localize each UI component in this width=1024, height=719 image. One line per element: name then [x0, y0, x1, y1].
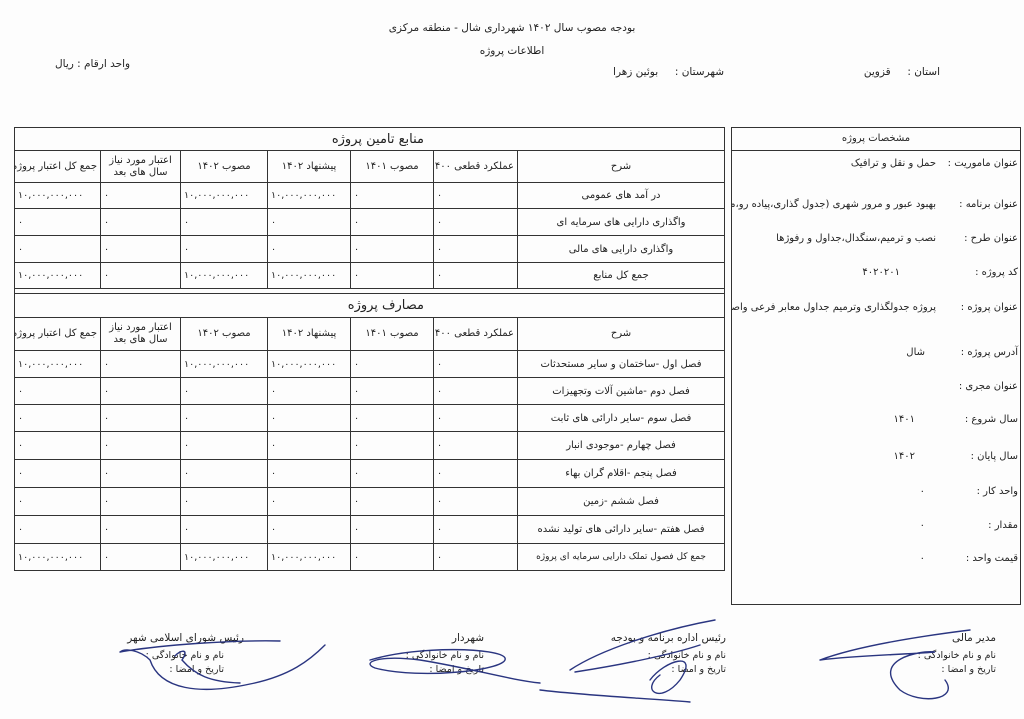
col-mosavab-1402: مصوب ۱۴۰۲: [181, 318, 268, 351]
spec-label: مقدار :: [988, 520, 1018, 531]
row-sharh: فصل دوم -ماشین آلات وتجهیزات: [518, 378, 725, 405]
province-field: استان : قزوین: [864, 66, 940, 78]
row-etebar-baad: ۰: [101, 432, 181, 460]
col-mosavab-1401: مصوب ۱۴۰۱: [351, 318, 434, 351]
row-amalkard: ۰: [434, 544, 518, 571]
row-pishnahad1402: ۰: [268, 516, 351, 544]
row-sharh: جمع کل فصول تملک دارایی سرمایه ای پروژه: [518, 544, 725, 571]
row-amalkard: ۰: [434, 460, 518, 488]
signature-name-label: نام و نام خانوادگی :: [127, 650, 244, 661]
signature-block-mayor: شهردار نام و نام خانوادگی : تاریخ و امضا…: [406, 632, 484, 675]
spec-value: ۰: [920, 553, 925, 564]
signature-date-label: تاریخ و امضا :: [611, 664, 726, 675]
row-sharh: فصل پنجم -اقلام گران بهاء: [518, 460, 725, 488]
sources-header-row: شرح عملکرد قطعی ۱۴۰۰ مصوب ۱۴۰۱ پیشنهاد ۱…: [15, 151, 725, 183]
spec-label: عنوان ماموریت :: [948, 158, 1018, 169]
expenses-row: فصل سوم -سایر دارائی های ثابت ۰ ۰ ۰ ۰ ۰ …: [15, 405, 725, 432]
row-sharh: فصل اول -ساختمان و سایر مستحدثات: [518, 351, 725, 378]
expenses-row: فصل پنجم -اقلام گران بهاء ۰ ۰ ۰ ۰ ۰ ۰: [15, 460, 725, 488]
row-jam-kol: ۰: [15, 405, 101, 432]
spec-label: واحد کار :: [977, 486, 1018, 497]
province-value: قزوین: [864, 66, 891, 78]
spec-value: شال: [906, 347, 925, 358]
col-pishnahad-1402: پیشنهاد ۱۴۰۲: [268, 318, 351, 351]
sources-title: منابع تامین پروژه: [15, 128, 725, 151]
spec-value: بهبود عبور و مرور شهری (جدول گذاری،پیاده…: [731, 199, 936, 210]
sources-row: واگذاری دارایی های مالی ۰ ۰ ۰ ۰ ۰ ۰: [15, 236, 725, 263]
col-etebar-baad: اعتبار مورد نیاز سال های بعد: [101, 151, 181, 183]
signature-role: مدیر مالی: [918, 632, 996, 644]
signature-name-label: نام و نام خانوادگی :: [611, 650, 726, 661]
col-sharh: شرح: [518, 318, 725, 351]
sources-row: در آمد های عمومی ۰ ۰ ۱۰,۰۰۰,۰۰۰,۰۰۰ ۱۰,۰…: [15, 183, 725, 209]
expenses-row: فصل چهارم -موجودی انبار ۰ ۰ ۰ ۰ ۰ ۰: [15, 432, 725, 460]
row-pishnahad1402: ۰: [268, 432, 351, 460]
row-pishnahad1402: ۱۰,۰۰۰,۰۰۰,۰۰۰: [268, 263, 351, 289]
row-mosavab1401: ۰: [351, 209, 434, 236]
signature-block-budget-head: رئیس اداره برنامه و بودجه نام و نام خانو…: [611, 632, 726, 675]
document-subtitle: اطلاعات پروژه: [0, 45, 1024, 57]
row-mosavab1402: ۰: [181, 405, 268, 432]
row-sharh: فصل سوم -سایر دارائی های ثابت: [518, 405, 725, 432]
expenses-row: فصل ششم -زمین ۰ ۰ ۰ ۰ ۰ ۰: [15, 488, 725, 516]
row-sharh: فصل چهارم -موجودی انبار: [518, 432, 725, 460]
signature-role: رئیس اداره برنامه و بودجه: [611, 632, 726, 644]
spec-label: سال پایان :: [971, 451, 1018, 462]
col-sharh: شرح: [518, 151, 725, 183]
row-mosavab1402: ۰: [181, 488, 268, 516]
row-mosavab1402: ۰: [181, 516, 268, 544]
row-etebar-baad: ۰: [101, 263, 181, 289]
signature-name-label: نام و نام خانوادگی :: [406, 650, 484, 661]
row-mosavab1402: ۱۰,۰۰۰,۰۰۰,۰۰۰: [181, 183, 268, 209]
row-etebar-baad: ۰: [101, 183, 181, 209]
expenses-title-row: مصارف پروژه: [15, 294, 725, 318]
county-label: شهرستان :: [675, 66, 724, 78]
row-mosavab1401: ۰: [351, 488, 434, 516]
spec-label: عنوان پروژه :: [961, 302, 1018, 313]
row-etebar-baad: ۰: [101, 209, 181, 236]
signature-date-label: تاریخ و امضا :: [406, 664, 484, 675]
row-pishnahad1402: ۱۰,۰۰۰,۰۰۰,۰۰۰: [268, 544, 351, 571]
row-jam-kol: ۰: [15, 460, 101, 488]
sources-title-row: منابع تامین پروژه: [15, 128, 725, 151]
row-mosavab1401: ۰: [351, 378, 434, 405]
col-mosavab-1402: مصوب ۱۴۰۲: [181, 151, 268, 183]
spec-value: ۰: [920, 486, 925, 497]
row-pishnahad1402: ۱۰,۰۰۰,۰۰۰,۰۰۰: [268, 351, 351, 378]
row-mosavab1402: ۰: [181, 460, 268, 488]
row-pishnahad1402: ۱۰,۰۰۰,۰۰۰,۰۰۰: [268, 183, 351, 209]
row-etebar-baad: ۰: [101, 516, 181, 544]
spec-label: عنوان طرح :: [964, 233, 1018, 244]
row-amalkard: ۰: [434, 432, 518, 460]
row-jam-kol: ۰: [15, 209, 101, 236]
row-sharh: جمع کل منابع: [518, 263, 725, 289]
province-label: استان :: [907, 66, 940, 78]
row-mosavab1401: ۰: [351, 263, 434, 289]
row-amalkard: ۰: [434, 236, 518, 263]
col-amalkard-1400: عملکرد قطعی ۱۴۰۰: [434, 318, 518, 351]
row-etebar-baad: ۰: [101, 378, 181, 405]
spec-value: پروژه جدولگذاری وترمیم جداول معابر فرعی …: [731, 302, 936, 313]
row-amalkard: ۰: [434, 488, 518, 516]
row-amalkard: ۰: [434, 405, 518, 432]
spec-value: ۱۴۰۲: [894, 451, 915, 462]
row-etebar-baad: ۰: [101, 460, 181, 488]
signature-date-label: تاریخ و امضا :: [127, 664, 244, 675]
row-jam-kol: ۰: [15, 488, 101, 516]
row-mosavab1401: ۰: [351, 351, 434, 378]
spec-label: آدرس پروژه :: [961, 347, 1018, 358]
row-mosavab1401: ۰: [351, 460, 434, 488]
row-jam-kol: ۱۰,۰۰۰,۰۰۰,۰۰۰: [15, 183, 101, 209]
row-etebar-baad: ۰: [101, 236, 181, 263]
signature-date-label: تاریخ و امضا :: [918, 664, 996, 675]
row-etebar-baad: ۰: [101, 488, 181, 516]
row-amalkard: ۰: [434, 516, 518, 544]
row-mosavab1401: ۰: [351, 236, 434, 263]
row-mosavab1401: ۰: [351, 544, 434, 571]
spec-value: حمل و نقل و ترافیک: [851, 158, 936, 169]
spec-value: ۴۰۲۰۲۰۱: [862, 267, 900, 278]
row-jam-kol: ۰: [15, 432, 101, 460]
row-mosavab1402: ۱۰,۰۰۰,۰۰۰,۰۰۰: [181, 544, 268, 571]
row-mosavab1401: ۰: [351, 183, 434, 209]
row-jam-kol: ۱۰,۰۰۰,۰۰۰,۰۰۰: [15, 351, 101, 378]
spec-value: ۱۴۰۱: [894, 414, 915, 425]
sources-total-row: جمع کل منابع ۰ ۰ ۱۰,۰۰۰,۰۰۰,۰۰۰ ۱۰,۰۰۰,۰…: [15, 263, 725, 289]
row-pishnahad1402: ۰: [268, 236, 351, 263]
row-jam-kol: ۰: [15, 236, 101, 263]
spec-label: سال شروع :: [965, 414, 1018, 425]
col-amalkard-1400: عملکرد قطعی ۱۴۰۰: [434, 151, 518, 183]
expenses-row: فصل هفتم -سایر دارائی های تولید نشده ۰ ۰…: [15, 516, 725, 544]
signature-name-label: نام و نام خانوادگی :: [918, 650, 996, 661]
sources-row: واگذاری دارایی های سرمایه ای ۰ ۰ ۰ ۰ ۰ ۰: [15, 209, 725, 236]
row-etebar-baad: ۰: [101, 405, 181, 432]
expenses-header-row: شرح عملکرد قطعی ۱۴۰۰ مصوب ۱۴۰۱ پیشنهاد ۱…: [15, 318, 725, 351]
col-mosavab-1401: مصوب ۱۴۰۱: [351, 151, 434, 183]
signature-block-council-head: رئیس شورای اسلامی شهر نام و نام خانوادگی…: [127, 632, 244, 675]
unit-label: واحد ارقام :: [77, 58, 130, 70]
row-jam-kol: ۱۰,۰۰۰,۰۰۰,۰۰۰: [15, 544, 101, 571]
spec-value: نصب و ترمیم،سنگدال،جداول و رفوژها: [776, 233, 936, 244]
county-field: شهرستان : بوئین زهرا: [613, 66, 724, 78]
row-pishnahad1402: ۰: [268, 405, 351, 432]
row-mosavab1401: ۰: [351, 405, 434, 432]
col-jam-kol: جمع کل اعتبار پروژه: [15, 151, 101, 183]
expenses-row: فصل اول -ساختمان و سایر مستحدثات ۰ ۰ ۱۰,…: [15, 351, 725, 378]
row-amalkard: ۰: [434, 209, 518, 236]
row-amalkard: ۰: [434, 378, 518, 405]
signature-role: شهردار: [406, 632, 484, 644]
row-mosavab1402: ۱۰,۰۰۰,۰۰۰,۰۰۰: [181, 263, 268, 289]
unit-value: ریال: [55, 58, 74, 70]
row-pishnahad1402: ۰: [268, 460, 351, 488]
row-mosavab1402: ۰: [181, 432, 268, 460]
col-jam-kol: جمع کل اعتبار پروژه: [15, 318, 101, 351]
spec-label: عنوان برنامه :: [959, 199, 1018, 210]
row-mosavab1402: ۰: [181, 209, 268, 236]
row-amalkard: ۰: [434, 351, 518, 378]
row-sharh: واگذاری دارایی های سرمایه ای: [518, 209, 725, 236]
row-sharh: در آمد های عمومی: [518, 183, 725, 209]
row-sharh: واگذاری دارایی های مالی: [518, 236, 725, 263]
row-pishnahad1402: ۰: [268, 488, 351, 516]
row-jam-kol: ۰: [15, 516, 101, 544]
row-amalkard: ۰: [434, 183, 518, 209]
row-sharh: فصل ششم -زمین: [518, 488, 725, 516]
row-mosavab1402: ۱۰,۰۰۰,۰۰۰,۰۰۰: [181, 351, 268, 378]
expenses-row: فصل دوم -ماشین آلات وتجهیزات ۰ ۰ ۰ ۰ ۰ ۰: [15, 378, 725, 405]
row-sharh: فصل هفتم -سایر دارائی های تولید نشده: [518, 516, 725, 544]
expenses-title: مصارف پروژه: [15, 294, 725, 318]
col-etebar-baad: اعتبار مورد نیاز سال های بعد: [101, 318, 181, 351]
spec-label: قیمت واحد :: [966, 553, 1018, 564]
spec-label: عنوان مجری :: [959, 381, 1018, 392]
signature-block-finance-manager: مدیر مالی نام و نام خانوادگی : تاریخ و ا…: [918, 632, 996, 675]
row-pishnahad1402: ۰: [268, 378, 351, 405]
budget-table: منابع تامین پروژه شرح عملکرد قطعی ۱۴۰۰ م…: [14, 127, 725, 571]
row-mosavab1401: ۰: [351, 432, 434, 460]
col-pishnahad-1402: پیشنهاد ۱۴۰۲: [268, 151, 351, 183]
row-mosavab1402: ۰: [181, 378, 268, 405]
unit-field: واحد ارقام : ریال: [55, 58, 130, 70]
project-specs-panel: مشخصات پروژه عنوان ماموریت : حمل و نقل و…: [731, 127, 1021, 605]
expenses-total-row: جمع کل فصول تملک دارایی سرمایه ای پروژه …: [15, 544, 725, 571]
signature-role: رئیس شورای اسلامی شهر: [127, 632, 244, 644]
row-etebar-baad: ۰: [101, 351, 181, 378]
project-specs-title: مشخصات پروژه: [732, 128, 1020, 151]
spec-value: ۰: [920, 520, 925, 531]
row-amalkard: ۰: [434, 263, 518, 289]
county-value: بوئین زهرا: [613, 66, 658, 78]
row-jam-kol: ۱۰,۰۰۰,۰۰۰,۰۰۰: [15, 263, 101, 289]
row-mosavab1402: ۰: [181, 236, 268, 263]
spec-label: کد پروژه :: [975, 267, 1018, 278]
row-mosavab1401: ۰: [351, 516, 434, 544]
row-pishnahad1402: ۰: [268, 209, 351, 236]
row-etebar-baad: ۰: [101, 544, 181, 571]
document-title: بودجه مصوب سال ۱۴۰۲ شهرداری شال - منطقه …: [0, 22, 1024, 34]
row-jam-kol: ۰: [15, 378, 101, 405]
